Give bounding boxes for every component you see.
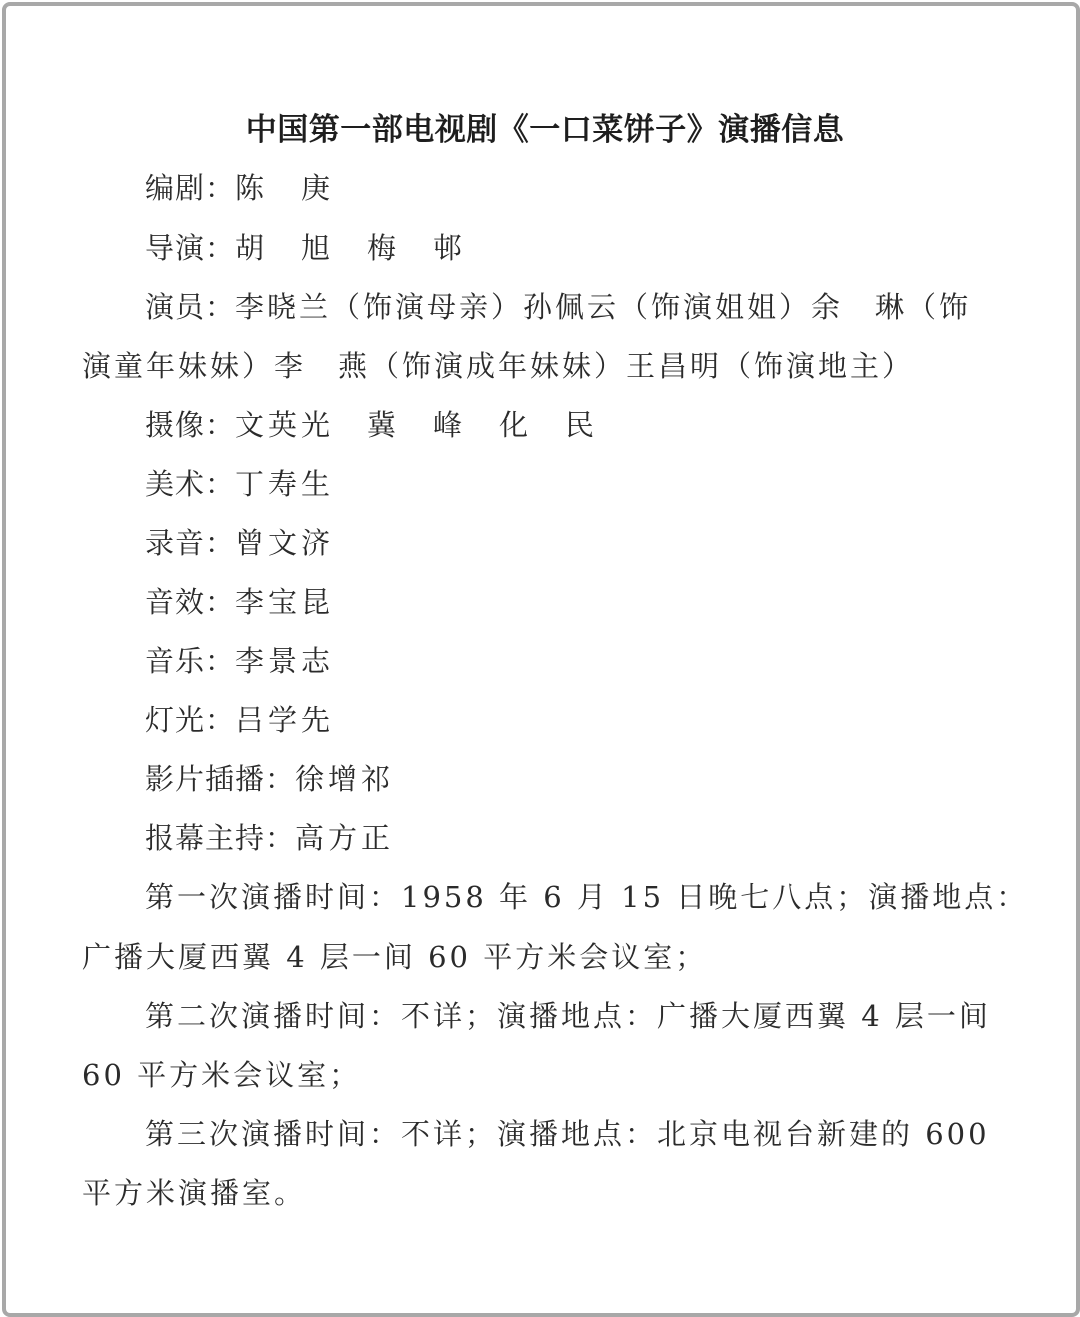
credit-lighting: 灯光：吕学先 bbox=[145, 700, 334, 740]
credit-label: 摄像： bbox=[145, 408, 235, 442]
credit-label: 音效： bbox=[145, 585, 235, 619]
credit-label: 报幕主持： bbox=[145, 821, 295, 855]
credit-value: 李宝昆 bbox=[235, 585, 334, 619]
credit-label: 录音： bbox=[145, 526, 235, 560]
credit-label: 演员： bbox=[145, 290, 235, 324]
credit-actors-continued: 演童年妹妹）李 燕（饰演成年妹妹）王昌明（饰演地主） bbox=[82, 346, 914, 386]
credit-label: 导演： bbox=[145, 231, 235, 265]
credit-label: 音乐： bbox=[145, 644, 235, 678]
credit-value: 文英光 冀 峰 化 民 bbox=[235, 408, 598, 442]
document-title: 中国第一部电视剧《一口菜饼子》演播信息 bbox=[0, 108, 1080, 152]
credit-music: 音乐：李景志 bbox=[145, 641, 334, 681]
credit-label: 灯光： bbox=[145, 703, 235, 737]
credit-camera: 摄像：文英光 冀 峰 化 民 bbox=[145, 405, 598, 445]
credit-actors: 演员：李晓兰（饰演母亲）孙佩云（饰演姐姐）余 琳（饰 bbox=[145, 287, 971, 327]
broadcast-1-line2: 广播大厦西翼 4 层一间 60 平方米会议室； bbox=[82, 937, 707, 977]
credit-value: 胡 旭 梅 邨 bbox=[235, 231, 466, 265]
credit-value: 吕学先 bbox=[235, 703, 334, 737]
credit-label: 编剧： bbox=[145, 171, 235, 205]
broadcast-3-line2: 平方米演播室。 bbox=[82, 1173, 306, 1213]
credit-recording: 录音：曾文济 bbox=[145, 523, 334, 563]
credit-sound-effects: 音效：李宝昆 bbox=[145, 582, 334, 622]
credit-value: 陈 庚 bbox=[235, 171, 334, 205]
broadcast-3-line1: 第三次演播时间：不详；演播地点：北京电视台新建的 600 bbox=[145, 1114, 990, 1154]
credit-label: 美术： bbox=[145, 467, 235, 501]
credit-value: 丁寿生 bbox=[235, 467, 334, 501]
broadcast-1-line1: 第一次演播时间：1958 年 6 月 15 日晚七八点；演播地点： bbox=[145, 877, 1028, 917]
credit-value-continuation: 演童年妹妹）李 燕（饰演成年妹妹）王昌明（饰演地主） bbox=[82, 349, 914, 383]
credit-screenwriter: 编剧：陈 庚 bbox=[145, 168, 334, 208]
credit-art: 美术：丁寿生 bbox=[145, 464, 334, 504]
credit-label: 影片插播： bbox=[145, 762, 295, 796]
document: 中国第一部电视剧《一口菜饼子》演播信息 编剧：陈 庚 导演：胡 旭 梅 邨 演员… bbox=[0, 0, 1080, 1317]
credit-host: 报幕主持：高方正 bbox=[145, 818, 394, 858]
credit-film-insert: 影片插播：徐增祁 bbox=[145, 759, 394, 799]
credit-director: 导演：胡 旭 梅 邨 bbox=[145, 228, 466, 268]
credit-value: 李景志 bbox=[235, 644, 334, 678]
broadcast-2-line1: 第二次演播时间：不详；演播地点：广播大厦西翼 4 层一间 bbox=[145, 996, 991, 1036]
credit-value: 徐增祁 bbox=[295, 762, 394, 796]
credit-value: 高方正 bbox=[295, 821, 394, 855]
credit-value: 曾文济 bbox=[235, 526, 334, 560]
credit-value: 李晓兰（饰演母亲）孙佩云（饰演姐姐）余 琳（饰 bbox=[235, 290, 971, 324]
broadcast-2-line2: 60 平方米会议室； bbox=[82, 1055, 361, 1095]
